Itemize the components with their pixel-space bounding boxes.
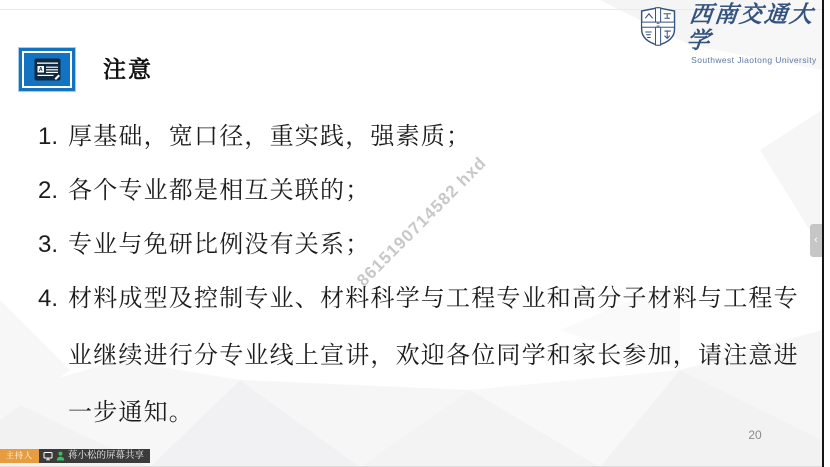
list-item: 1. 厚基础，宽口径，重实践，强素质； [38,109,804,165]
item-number: 3. [38,217,58,273]
shared-screen: 西南交通大学 Southwest Jiaotong University A [0,0,822,467]
university-name: 西南交通大学 Southwest Jiaotong University [688,2,822,65]
slide-title: 注意 [103,47,153,92]
share-source-text: 蒋小松的屏幕共享 [68,449,144,463]
host-role-badge: 主持人 [0,449,39,463]
monitor-icon [43,451,53,461]
chevron-left-icon: ‹ [814,234,818,246]
note-icon-border [22,51,72,88]
share-source-label[interactable]: 蒋小松的屏幕共享 [39,449,150,463]
mic-status-icon [56,451,65,461]
slide-title-row: A 注意 [18,47,153,92]
university-logo: 西南交通大学 Southwest Jiaotong University [638,2,822,65]
item-text: 厚基础，宽口径，重实践，强素质； [68,123,471,150]
meeting-window: 西南交通大学 Southwest Jiaotong University A [0,0,830,467]
item-number: 4. [38,270,58,327]
collapsed-panel-area [824,0,830,467]
item-text: 专业与免研比例没有关系； [68,231,370,258]
item-number: 1. [38,109,58,165]
item-number: 2. [38,163,58,219]
university-name-cn: 西南交通大学 [685,2,822,54]
list-item: 4. 材料成型及控制专业、材料科学与工程专业和高分子材料与工程专业继续进行分专业… [38,270,804,441]
collapse-panel-tab[interactable]: ‹ [810,224,822,257]
sjtu-emblem-icon [638,4,678,49]
note-icon: A [18,47,76,92]
screen-share-banner: 主持人 蒋小松的屏幕共享 [0,449,150,463]
item-text: 材料成型及控制专业、材料科学与工程专业和高分子材料与工程专业继续进行分专业线上宣… [68,285,799,426]
page-number: 20 [740,428,770,442]
item-text: 各个专业都是相互关联的； [68,177,370,204]
university-name-en: Southwest Jiaotong University [688,55,822,65]
